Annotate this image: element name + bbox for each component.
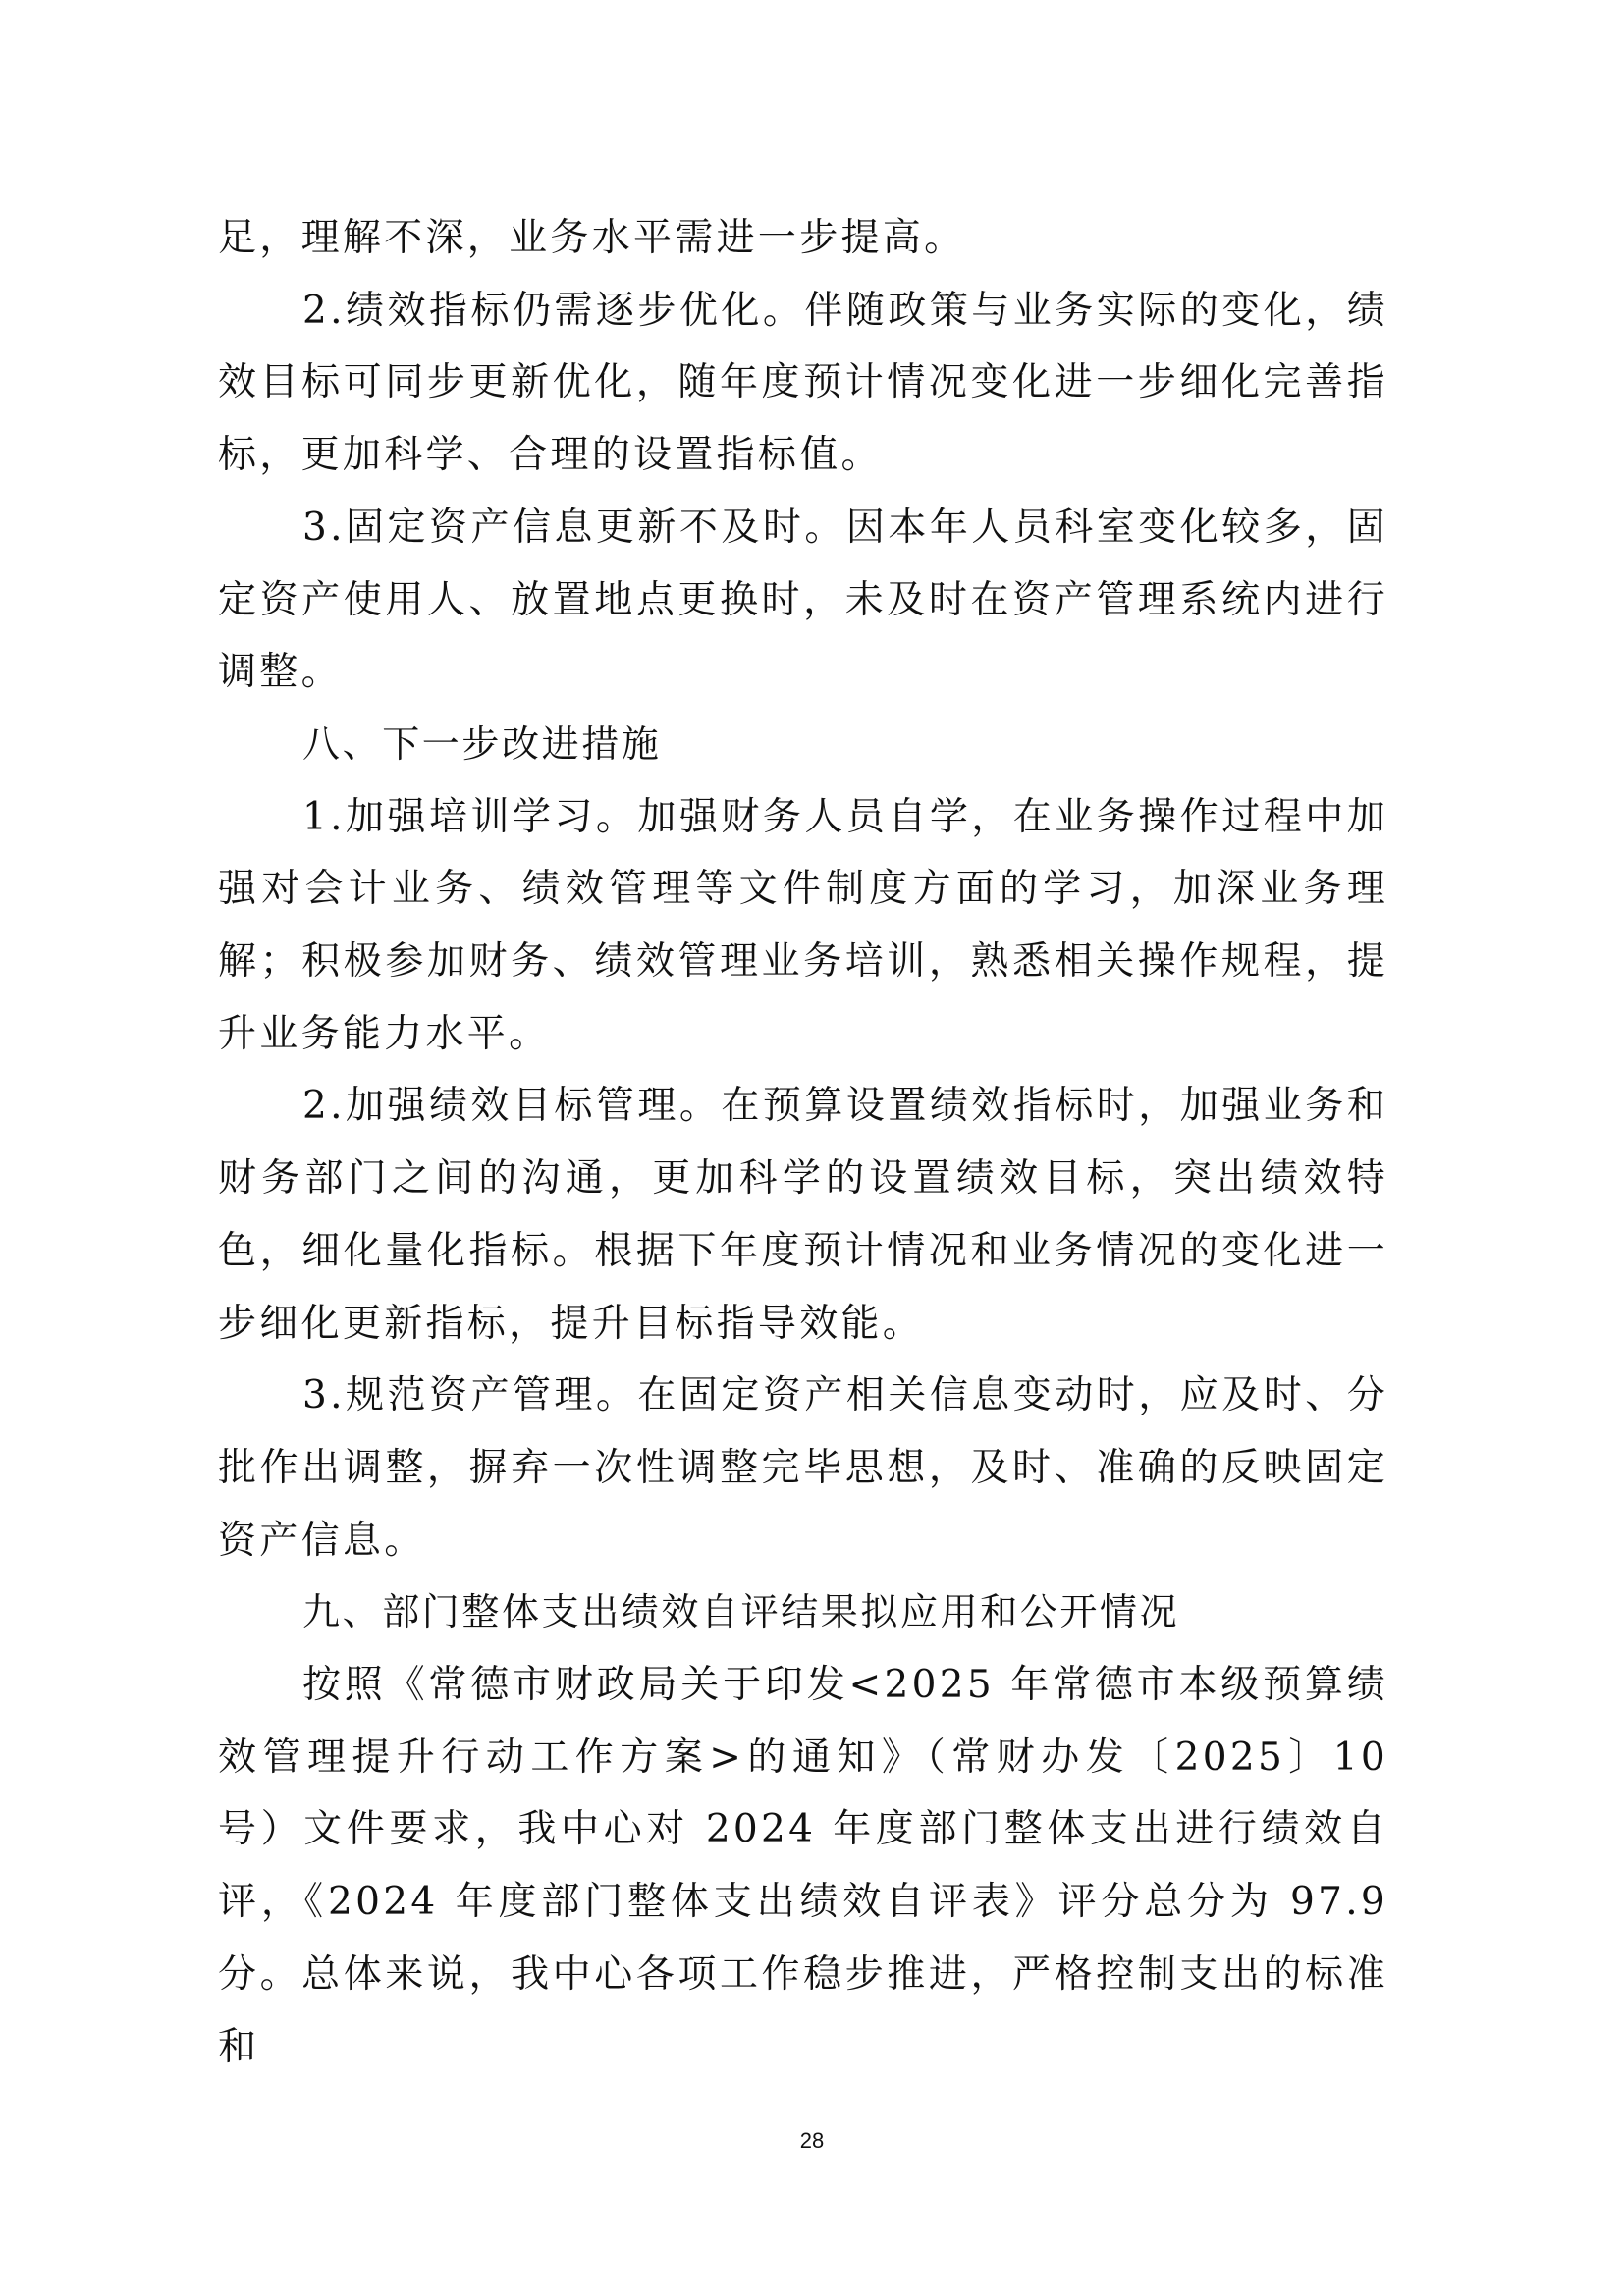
document-body: 足，理解不深，业务水平需进一步提高。 2.绩效指标仍需逐步优化。伴随政策与业务实…	[218, 202, 1388, 2083]
continuation-paragraph: 足，理解不深，业务水平需进一步提高。	[218, 202, 1388, 275]
document-page: 足，理解不深，业务水平需进一步提高。 2.绩效指标仍需逐步优化。伴随政策与业务实…	[0, 0, 1624, 2296]
measure-paragraph-2: 2.加强绩效目标管理。在预算设置绩效指标时，加强业务和财务部门之间的沟通，更加科…	[218, 1070, 1388, 1360]
section-heading-8: 八、下一步改进措施	[218, 709, 1388, 781]
page-number: 28	[0, 2128, 1624, 2154]
results-paragraph: 按照《常德市财政局关于印发<2025 年常德市本级预算绩效管理提升行动工作方案>…	[218, 1649, 1388, 2083]
measure-paragraph-1: 1.加强培训学习。加强财务人员自学，在业务操作过程中加强对会计业务、绩效管理等文…	[218, 781, 1388, 1071]
measure-paragraph-3: 3.规范资产管理。在固定资产相关信息变动时，应及时、分批作出调整，摒弃一次性调整…	[218, 1360, 1388, 1576]
issue-paragraph-3: 3.固定资产信息更新不及时。因本年人员科室变化较多，固定资产使用人、放置地点更换…	[218, 492, 1388, 709]
section-heading-9: 九、部门整体支出绩效自评结果拟应用和公开情况	[218, 1576, 1388, 1649]
issue-paragraph-2: 2.绩效指标仍需逐步优化。伴随政策与业务实际的变化，绩效目标可同步更新优化，随年…	[218, 275, 1388, 492]
